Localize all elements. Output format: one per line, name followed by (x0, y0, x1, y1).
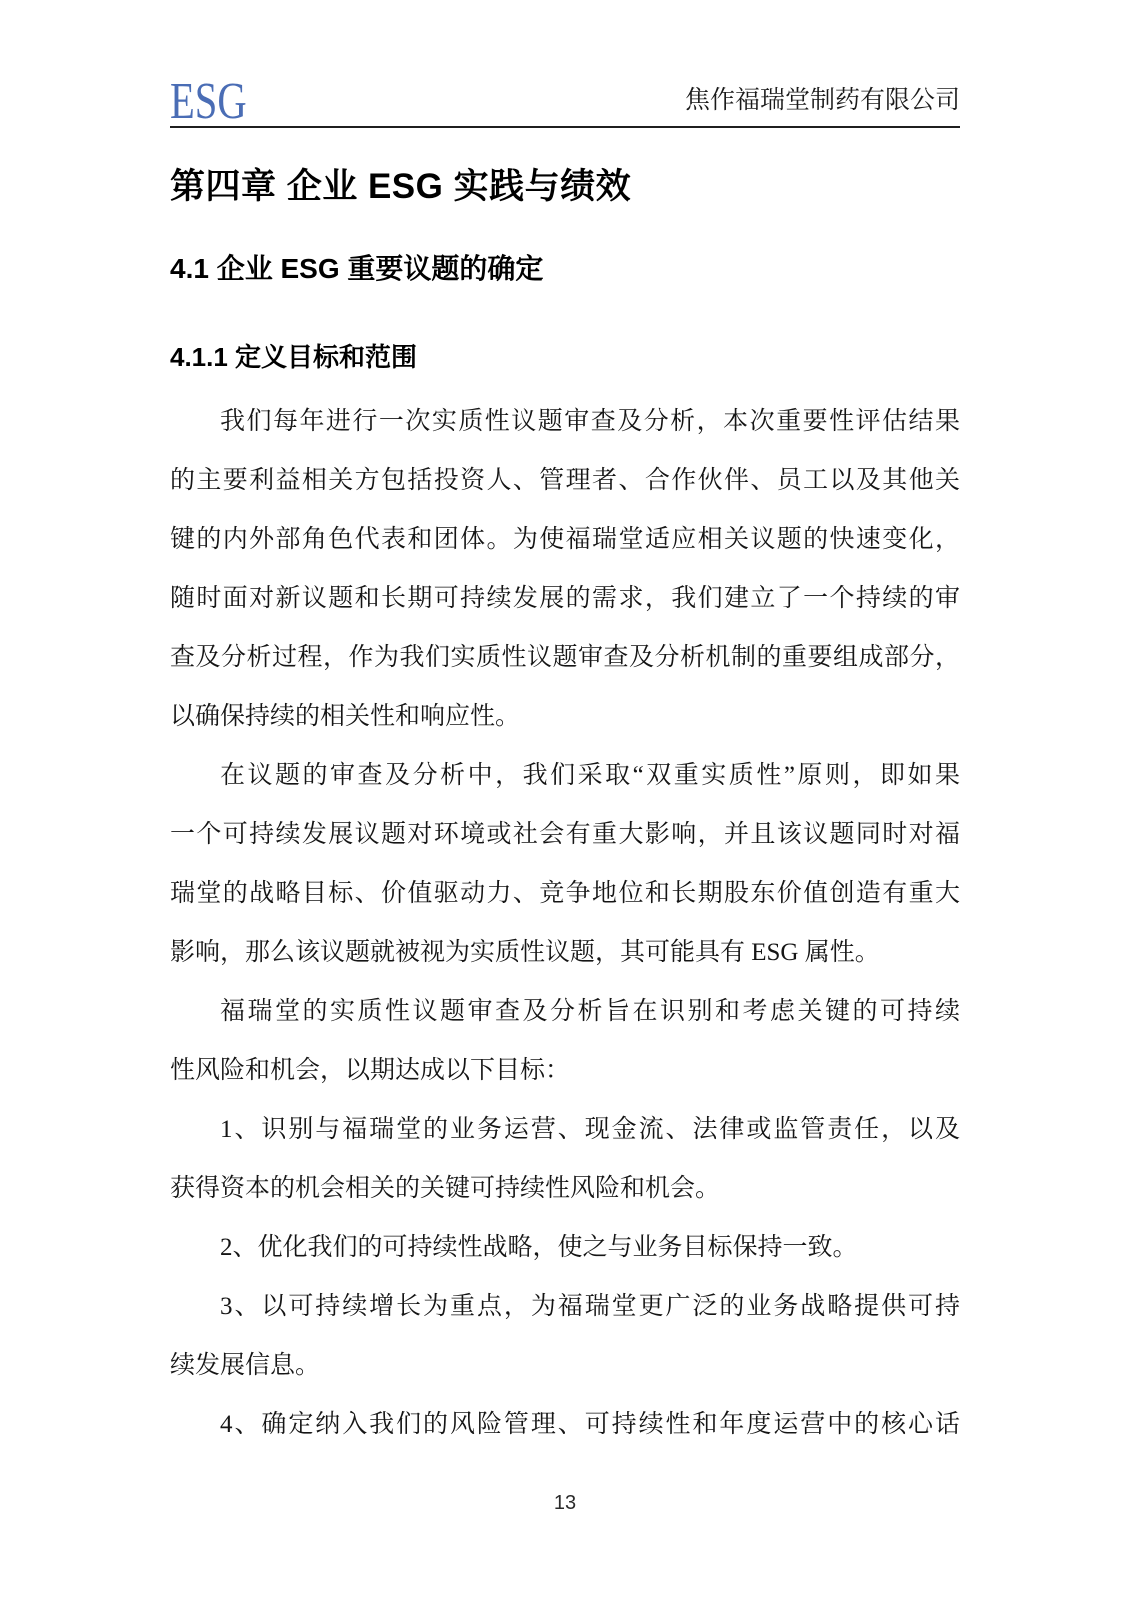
body-line: 瑞堂的战略目标、价值驱动力、竞争地位和长期股东价值创造有重大 (170, 864, 960, 923)
body-line: 3、以可持续增长为重点，为福瑞堂更广泛的业务战略提供可持 (170, 1277, 960, 1336)
page-number: 13 (0, 1492, 1130, 1515)
body-line: 键的内外部角色代表和团体。为使福瑞堂适应相关议题的快速变化， (170, 510, 960, 569)
body-line: 性风险和机会，以期达成以下目标： (170, 1041, 960, 1100)
body-line: 福瑞堂的实质性议题审查及分析旨在识别和考虑关键的可持续 (170, 982, 960, 1041)
body-line: 以确保持续的相关性和响应性。 (170, 687, 960, 746)
body-line: 我们每年进行一次实质性议题审查及分析，本次重要性评估结果 (170, 392, 960, 451)
esg-logo: ESG (170, 78, 247, 126)
body-line: 随时面对新议题和长期可持续发展的需求，我们建立了一个持续的审 (170, 569, 960, 628)
body-line: 查及分析过程，作为我们实质性议题审查及分析机制的重要组成部分， (170, 628, 960, 687)
subsection-title: 4.1.1 定义目标和范围 (170, 342, 417, 373)
body-line: 获得资本的机会相关的关键可持续性风险和机会。 (170, 1159, 960, 1218)
document-page: ESG 焦作福瑞堂制药有限公司 第四章 企业 ESG 实践与绩效 4.1 企业 … (0, 0, 1130, 1600)
body-line: 一个可持续发展议题对环境或社会有重大影响，并且该议题同时对福 (170, 805, 960, 864)
body-line: 在议题的审查及分析中，我们采取“双重实质性”原则，即如果 (170, 746, 960, 805)
page-header: ESG 焦作福瑞堂制药有限公司 (170, 74, 960, 128)
body-line: 1、识别与福瑞堂的业务运营、现金流、法律或监管责任，以及 (170, 1100, 960, 1159)
body-text: 我们每年进行一次实质性议题审查及分析，本次重要性评估结果的主要利益相关方包括投资… (170, 392, 960, 1454)
body-line: 4、确定纳入我们的风险管理、可持续性和年度运营中的核心话 (170, 1395, 960, 1454)
body-line: 影响，那么该议题就被视为实质性议题，其可能具有 ESG 属性。 (170, 923, 960, 982)
body-line: 续发展信息。 (170, 1336, 960, 1395)
body-line: 2、优化我们的可持续性战略，使之与业务目标保持一致。 (170, 1218, 960, 1277)
section-title: 4.1 企业 ESG 重要议题的确定 (170, 252, 543, 286)
chapter-title: 第四章 企业 ESG 实践与绩效 (170, 166, 631, 208)
body-line: 的主要利益相关方包括投资人、管理者、合作伙伴、员工以及其他关 (170, 451, 960, 510)
company-name: 焦作福瑞堂制药有限公司 (685, 80, 960, 126)
